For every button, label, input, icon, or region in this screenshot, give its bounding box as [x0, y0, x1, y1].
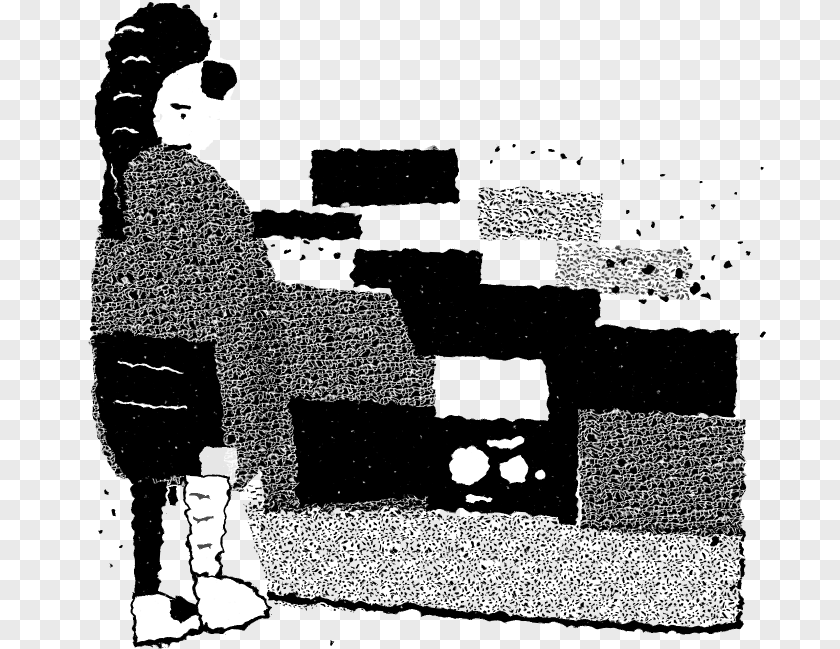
right-leg — [182, 472, 228, 578]
toy-stove — [244, 146, 744, 534]
left-leg — [130, 478, 164, 598]
transparency-canvas: Black-and-white vintage halftone illustr… — [0, 0, 840, 649]
artwork — [89, 0, 762, 643]
illustration-svg — [0, 0, 840, 649]
halftone-illustration: Black-and-white vintage halftone illustr… — [0, 0, 840, 649]
oven-door — [426, 414, 572, 514]
